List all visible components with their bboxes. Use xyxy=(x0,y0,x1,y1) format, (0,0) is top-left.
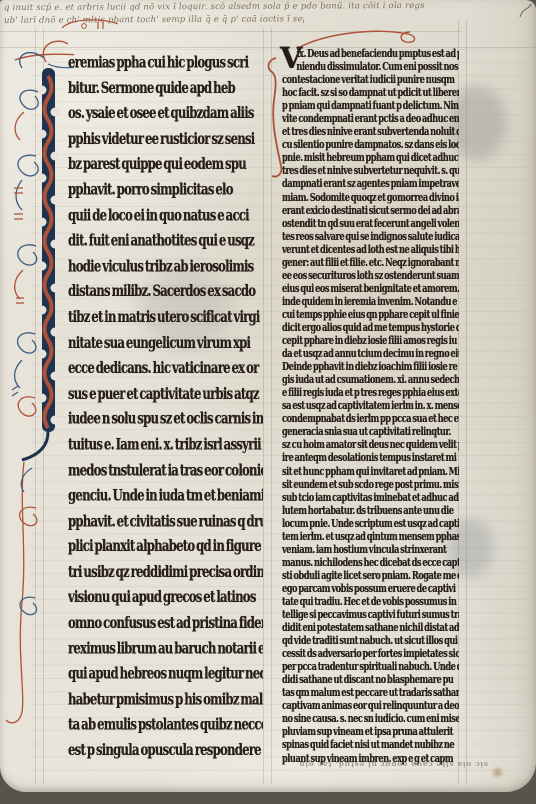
text-line: tuitus e. Iam eni. x. tribz isrl assyrii… xyxy=(68,432,263,457)
text-line: gener: aut filii et filie. etc. Neqz ign… xyxy=(282,256,459,269)
text-line: ix. Deus ad benefaciendu pmptus est ad p… xyxy=(282,47,459,60)
verso-showthrough-text: sic oia site caua congr ul estud. tac oi… xyxy=(300,757,488,769)
text-line: ecce dedicans. hic vaticinare ex or xyxy=(68,356,263,381)
ruling-line-vertical xyxy=(35,28,36,784)
text-line: hoc facit. sz si so dampnat ut pdicit ut… xyxy=(282,86,459,99)
text-line: no sine causa. s. nec sn iudicio. cum en… xyxy=(282,712,459,725)
text-line: cu silentio punire dampnatos. sz dans ei… xyxy=(282,138,459,151)
text-line: dampnati erant sz agentes pniam impetrav… xyxy=(282,177,459,190)
text-line: per pcca tradentur spirituali nabuch. Un… xyxy=(282,660,459,673)
right-column-lines: ix. Deus ad benefaciendu pmptus est ad p… xyxy=(282,47,459,765)
text-line: tas qm malum est peccare ut tradaris sat… xyxy=(282,686,459,699)
text-line: manus. nichilodens hec dicebat ds ecce c… xyxy=(282,556,459,569)
photograph-background: q inuit scp̄ e. et arbris lucii qd nō vi… xyxy=(0,0,536,804)
ruling-line-vertical xyxy=(43,28,44,784)
text-line: ta ab emulis pstolantes quibz necce xyxy=(68,713,263,738)
text-line: bitur. Sermone quide apd heb xyxy=(68,75,263,100)
text-line: dit. fuit eni anathotites qui e usqz xyxy=(68,228,263,253)
text-line: sz cu hoim amator sit deus nec quidem ve… xyxy=(282,438,459,451)
text-line: erant exicio destinati sicut sermo dei a… xyxy=(282,204,459,217)
text-line: pluviam sup vineam et ipsa pruna attuler… xyxy=(282,725,459,738)
text-line: sit et hunc ppham qui invitaret ad pniam… xyxy=(282,465,459,478)
text-line: plici planxit alphabeto qd in figure me xyxy=(68,534,263,559)
decorated-initial-I xyxy=(2,38,74,750)
text-line: visionu qui apud grecos et latinos xyxy=(68,585,263,610)
text-line: nitate sua eungelicum virum xpi xyxy=(68,330,263,355)
left-column-lines: eremias ppha cui hic plogus scribitur. S… xyxy=(68,50,263,763)
text-line: Deinde pphavit in diebz ioachim filii io… xyxy=(282,360,459,373)
ruling-line-vertical xyxy=(271,28,272,784)
text-line: habetur pmisimus p his omibz maledic xyxy=(68,687,263,712)
left-text-column: eremias ppha cui hic plogus scribitur. S… xyxy=(68,50,263,774)
text-line: verunt et dicentes ad loth est ne aliqui… xyxy=(282,243,459,256)
text-line: pnie. misit hebreum ppham qui dicet adhu… xyxy=(282,151,459,164)
text-line: distans milibz. Sacerdos ex sacdo xyxy=(68,279,263,304)
text-line: et tres dies ninive erant subvertenda no… xyxy=(282,125,459,138)
corner-pen-mark-icon xyxy=(518,2,534,20)
text-line: tri usibz qz reddidimi precisa ordinem xyxy=(68,560,263,585)
text-line: reximus librum au baruch notarii ei xyxy=(68,636,263,661)
text-line: condempnabat ds ierlm pp pcca sua et hec… xyxy=(282,412,459,425)
text-line: eremias ppha cui hic plogus scri xyxy=(68,50,263,75)
text-line: e filii regis iuda et p tres reges pphia… xyxy=(282,386,459,399)
text-line: omno confusus est ad pristina fidem cor xyxy=(68,611,263,636)
text-line: tres dies et ninive subvertetur nequivit… xyxy=(282,164,459,177)
text-line: pphis videtur ee rusticior sz sensi xyxy=(68,126,263,151)
text-line: vite condempnati erant pctis a deo adhuc… xyxy=(282,112,459,125)
text-line: captivam animas eor qui relinquuntur a d… xyxy=(282,699,459,712)
text-line: bz parest quippe qui eodem spu xyxy=(68,152,263,177)
text-line: qd vide traditi sunt nabuch. ut sicut il… xyxy=(282,634,459,647)
ruling-line-vertical xyxy=(263,28,264,784)
text-line: spinas quid faciet nisi ut mandet nubibz… xyxy=(282,738,459,751)
text-line: est p singula opuscula respondere et xyxy=(68,738,263,763)
text-line: veniam. iam hostium vincula strinxerant xyxy=(282,543,459,556)
top-margin-gloss-line2: ub' larī dnō e ch' mltis pbant toch' sem… xyxy=(4,14,304,26)
text-line: medos tnstulerat ia tras eor colonie xyxy=(68,458,263,483)
text-line: locum pnie. Unde scriptum est usqz ad ca… xyxy=(282,517,459,530)
text-line: pphavit. et civitatis sue ruinas q dru xyxy=(68,509,263,534)
text-line: os. ysaie et osee et quibzdam aliis xyxy=(68,101,263,126)
text-line: tate qui tradiu. Hec et de vobis possumu… xyxy=(282,595,459,608)
text-line: tellige si peccavimus captivi futuri sum… xyxy=(282,608,459,621)
text-line: p pniam qui dampnati fuant p delictum. N… xyxy=(282,99,459,112)
text-line: ostendit tn qd suu erat fecerunt angeli … xyxy=(282,217,459,230)
text-line: ee eos securituros loth sz ostenderunt s… xyxy=(282,269,459,282)
pen-flourish-icon xyxy=(15,51,74,61)
text-line: niendu dissimulator. Cum eni possit nos … xyxy=(282,60,459,73)
text-line: tes reos salvare qui se indignos salute … xyxy=(282,230,459,243)
text-line: lutem hortabatur. ds tribuens ante unu d… xyxy=(282,504,459,517)
text-line: sub tcio iam captivitas iminebat et adhu… xyxy=(282,491,459,504)
text-line: miam. Sodomite quoqz et gomorrea divino … xyxy=(282,191,459,204)
text-line: sit eundem et sub scdo rege post primu. … xyxy=(282,478,459,491)
text-line: ire anteqm desolationis tempus instaret … xyxy=(282,451,459,464)
text-line: sa est usqz ad captivitatem ierlm in. x.… xyxy=(282,399,459,412)
text-line: pphavit. porro simplicitas elo xyxy=(68,177,263,202)
text-line: inde quidem in ieremia invenim. Notandu … xyxy=(282,295,459,308)
text-line: tem ierlm. et usqz ad qintum mensem ppha… xyxy=(282,530,459,543)
text-line: hodie viculus tribz ab ierosolimis xyxy=(68,254,263,279)
pen-flourish-descender xyxy=(6,462,24,723)
text-line: sti obduli agite licet sero pniam. Rogat… xyxy=(282,569,459,582)
text-line: contestacione veritat iudicii punire nus… xyxy=(282,73,459,86)
ruling-line-vertical xyxy=(466,20,467,784)
text-line: tibz et in matris utero scificat virgi xyxy=(68,305,263,330)
parchment-speck xyxy=(493,768,502,777)
manuscript-page: q inuit scp̄ e. et arbris lucii qd nō vi… xyxy=(0,0,536,792)
top-margin-gloss-line1: q inuit scp̄ e. et arbris lucii qd nō vi… xyxy=(4,1,424,13)
ruling-line-horizontal xyxy=(0,31,462,32)
text-line: genciu. Unde in iuda tm et beniamin xyxy=(68,483,263,508)
text-line: didi sathane ut discant no blasphemare p… xyxy=(282,673,459,686)
text-line: iudee n solu spu sz et oclis carnis in xyxy=(68,407,263,432)
text-line: dicit ergo alios quid ad me tempus hysto… xyxy=(282,321,459,334)
text-line: ego parcam vobis possum eruere de captiv… xyxy=(282,582,459,595)
text-line: eius qui eos miserat benignitate et amor… xyxy=(282,282,459,295)
text-line: qui apud hebreos nuqm legitur nec xyxy=(68,662,263,687)
text-line: da et usqz ad annu tcium decimu in regno… xyxy=(282,347,459,360)
text-line: generacia snia sua ut captivitati relinq… xyxy=(282,425,459,438)
text-line: gis iuda ut ad csumationem. xi. annu sed… xyxy=(282,373,459,386)
text-line: quii de loco ei in quo natus e acci xyxy=(68,203,263,228)
text-line: cessit ds adversario per fortes impietat… xyxy=(282,647,459,660)
text-line: sus e puer et captivitate urbis atqz xyxy=(68,381,263,406)
right-text-column: ix. Deus ad benefaciendu pmptus est ad p… xyxy=(282,47,459,775)
text-line: didit eni potestatem sathane nichil dist… xyxy=(282,621,459,634)
text-line: cepit pphare in diebz iosie filii amos r… xyxy=(282,334,459,347)
text-line: cui temps pphie eius qn pphare cepit ul … xyxy=(282,308,459,321)
